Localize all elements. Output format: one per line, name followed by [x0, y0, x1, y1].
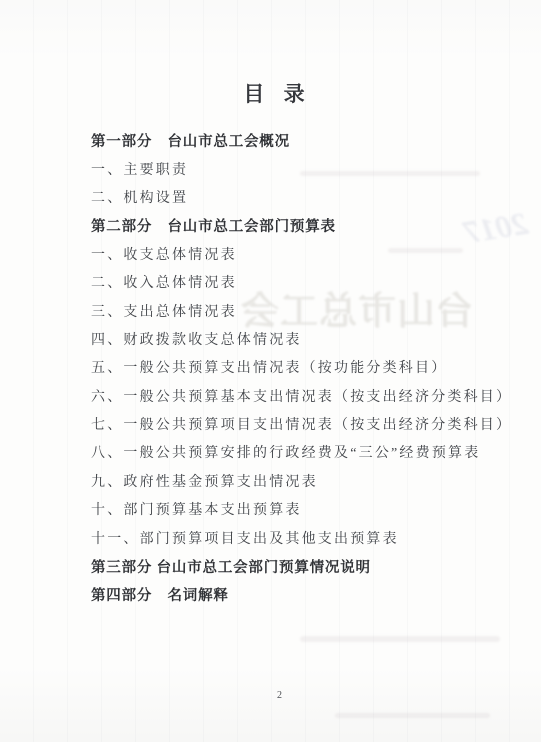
toc-entry-part1: 第一部分 台山市总工会概况 [91, 126, 521, 154]
page-number: 2 [277, 690, 282, 701]
toc-entry: 五、一般公共预算支出情况表（按功能分类科目） [91, 353, 521, 381]
toc-entry: 十一、部门预算项目支出及其他支出预算表 [91, 523, 521, 551]
page-title: 目 录 [0, 78, 541, 108]
toc-entry: 二、机构设置 [91, 183, 521, 211]
table-of-contents: 第一部分 台山市总工会概况 一、主要职责 二、机构设置 第二部分 台山市总工会部… [91, 126, 521, 609]
toc-entry: 四、财政拨款收支总体情况表 [91, 325, 521, 353]
toc-entry: 八、一般公共预算安排的行政经费及“三公”经费预算表 [91, 438, 521, 466]
toc-entry-part4: 第四部分 名词解释 [91, 580, 521, 608]
toc-entry-part3: 第三部分 台山市总工会部门预算情况说明 [91, 552, 521, 580]
toc-entry: 一、主要职责 [91, 154, 521, 182]
toc-entry: 三、支出总体情况表 [91, 296, 521, 324]
toc-entry-part2: 第二部分 台山市总工会部门预算表 [91, 211, 521, 239]
toc-entry: 九、政府性基金预算支出情况表 [91, 467, 521, 495]
bleed-through-streak [300, 636, 500, 642]
toc-entry: 七、一般公共预算项目支出情况表（按支出经济分类科目） [91, 410, 521, 438]
toc-entry: 十、部门预算基本支出预算表 [91, 495, 521, 523]
toc-entry: 一、收支总体情况表 [91, 240, 521, 268]
scanned-document-page: 2017 台山市总工会 目 录 第一部分 台山市总工会概况 一、主要职责 二、机… [0, 0, 541, 742]
toc-entry: 二、收入总体情况表 [91, 268, 521, 296]
toc-entry: 六、一般公共预算基本支出情况表（按支出经济分类科目） [91, 382, 521, 410]
bleed-through-streak [335, 713, 490, 718]
